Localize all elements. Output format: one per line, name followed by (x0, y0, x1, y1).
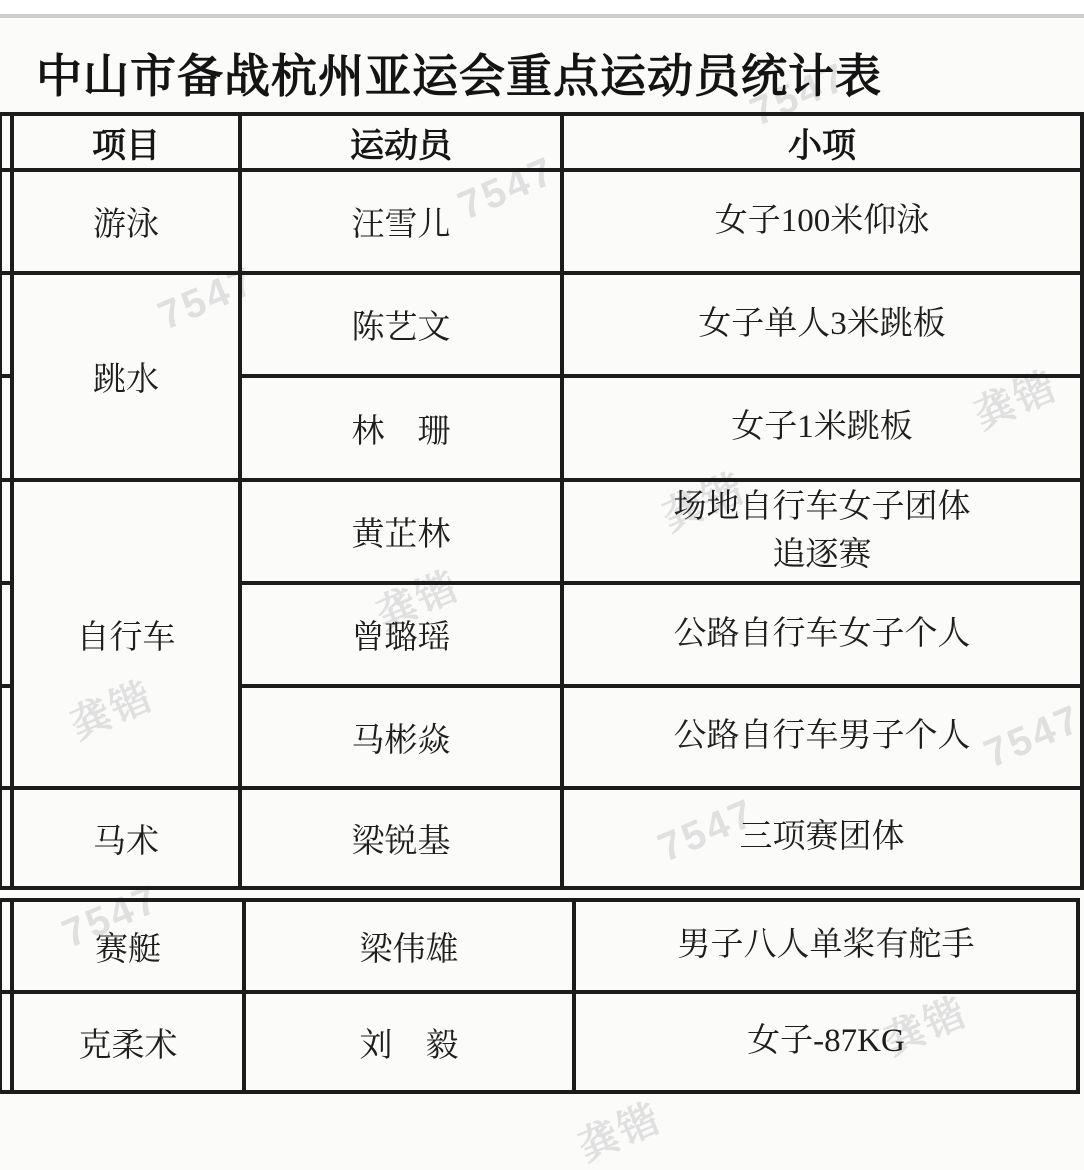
event-cell: 女子单人3米跳板 (562, 273, 1082, 376)
table-row: 克柔术 刘 毅 女子-87KG (0, 992, 1078, 1092)
event-cell: 公路自行车女子个人 (562, 583, 1082, 686)
cropped-cell (0, 273, 12, 376)
cropped-cell (0, 114, 12, 170)
sport-cell: 克柔术 (12, 992, 244, 1092)
athlete-cell: 梁伟雄 (244, 900, 574, 992)
page-title: 中山市备战杭州亚运会重点运动员统计表 (36, 40, 882, 106)
cropped-cell (0, 376, 12, 480)
athlete-cell: 刘 毅 (244, 992, 574, 1092)
column-header-athlete: 运动员 (240, 114, 562, 170)
top-margin (0, 0, 1084, 14)
cropped-cell (0, 170, 12, 273)
event-cell: 女子-87KG (574, 992, 1078, 1092)
athlete-cell: 曾璐瑶 (240, 583, 562, 686)
cropped-cell (0, 583, 12, 686)
table-row: 跳水 陈艺文 女子单人3米跳板 (0, 273, 1082, 376)
sport-cell: 马术 (12, 788, 240, 888)
table-row: 马术 梁锐基 三项赛团体 (0, 788, 1082, 888)
cropped-cell (0, 480, 12, 583)
event-cell: 女子100米仰泳 (562, 170, 1082, 273)
watermark: 龚锴 (568, 1086, 669, 1170)
athlete-cell: 马彬焱 (240, 686, 562, 788)
sport-cell: 自行车 (12, 480, 240, 788)
event-cell: 三项赛团体 (562, 788, 1082, 888)
sport-cell: 跳水 (12, 273, 240, 480)
athletes-table-main: 项目 运动员 小项 游泳 汪雪儿 女子100米仰泳 跳水 陈艺文 女子单人3米跳… (0, 112, 1084, 890)
top-divider-line (0, 14, 1084, 18)
athlete-cell: 汪雪儿 (240, 170, 562, 273)
table-row: 赛艇 梁伟雄 男子八人单桨有舵手 (0, 900, 1078, 992)
table-row: 自行车 黄芷林 场地自行车女子团体 追逐赛 (0, 480, 1082, 583)
header-row: 项目 运动员 小项 (0, 114, 1082, 170)
athlete-cell: 黄芷林 (240, 480, 562, 583)
column-header-event: 小项 (562, 114, 1082, 170)
column-header-sport: 项目 (12, 114, 240, 170)
event-cell: 女子1米跳板 (562, 376, 1082, 480)
document-photo: 中山市备战杭州亚运会重点运动员统计表 7547 7547 7547 龚锴 龚锴 … (0, 0, 1084, 1170)
athletes-table-lower: 赛艇 梁伟雄 男子八人单桨有舵手 克柔术 刘 毅 女子-87KG (0, 898, 1080, 1094)
event-cell: 场地自行车女子团体 追逐赛 (562, 480, 1082, 583)
cropped-cell (0, 992, 12, 1092)
athlete-cell: 梁锐基 (240, 788, 562, 888)
table-row: 游泳 汪雪儿 女子100米仰泳 (0, 170, 1082, 273)
cropped-cell (0, 900, 12, 992)
sport-cell: 赛艇 (12, 900, 244, 992)
athlete-cell: 林 珊 (240, 376, 562, 480)
athlete-cell: 陈艺文 (240, 273, 562, 376)
cropped-cell (0, 788, 12, 888)
event-cell: 男子八人单桨有舵手 (574, 900, 1078, 992)
cropped-cell (0, 686, 12, 788)
event-cell: 公路自行车男子个人 (562, 686, 1082, 788)
sport-cell: 游泳 (12, 170, 240, 273)
